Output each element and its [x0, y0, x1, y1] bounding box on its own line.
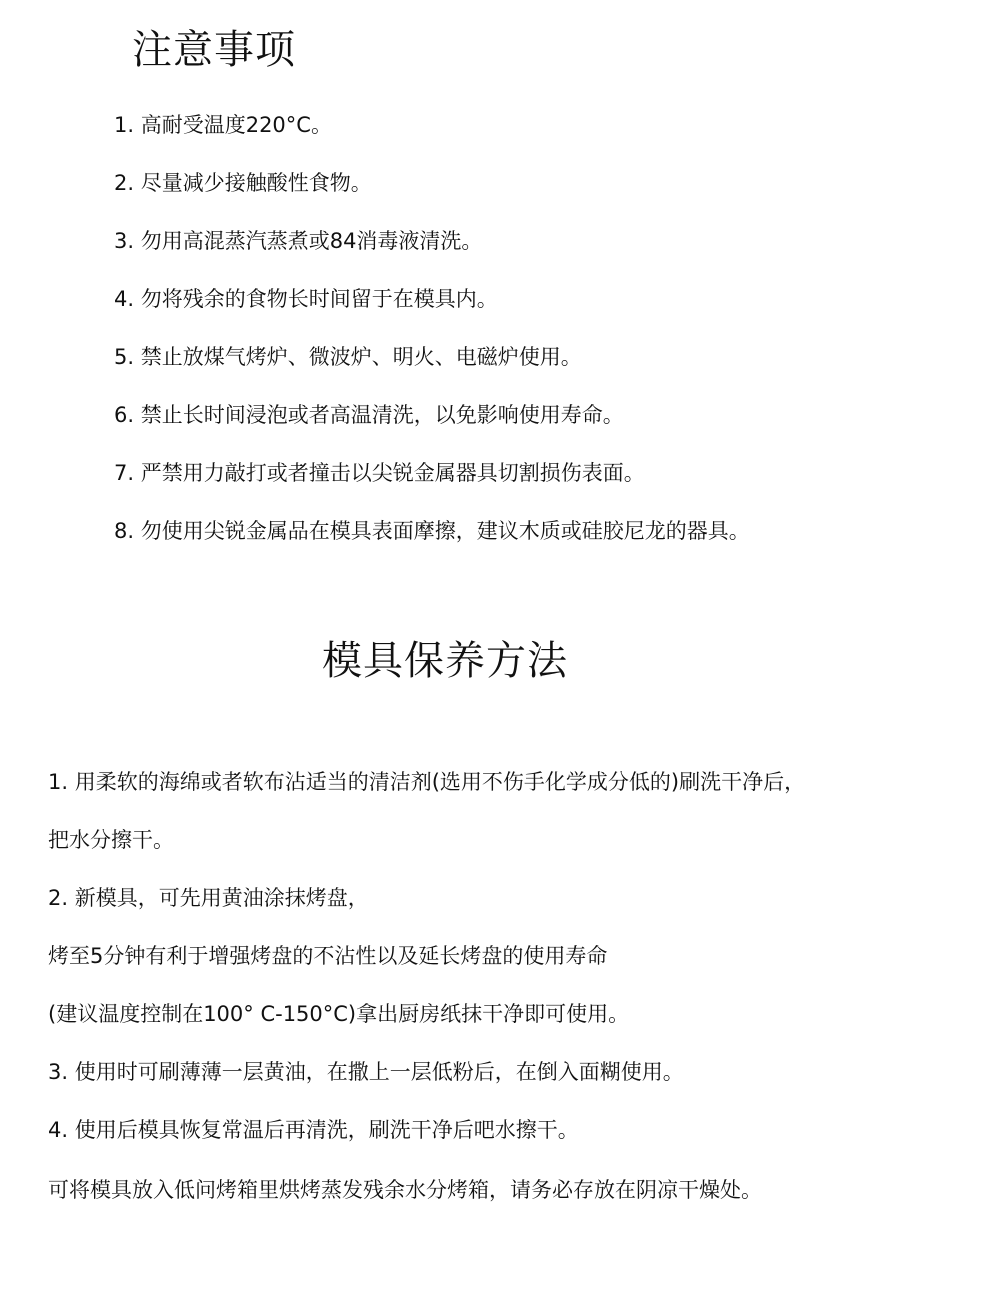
- notice-item: 4. 勿将残余的食物长时间留于在模具内。: [114, 285, 498, 313]
- maintenance-line: 2. 新模具，可先用黄油涂抹烤盘，: [48, 884, 369, 912]
- notice-heading: 注意事项: [132, 26, 296, 74]
- notice-item: 1. 高耐受温度220°C。: [114, 111, 332, 139]
- notice-item: 8. 勿使用尖锐金属品在模具表面摩擦，建议木质或硅胶尼龙的器具。: [114, 517, 750, 545]
- maintenance-line: 烤至5分钟有利于增强烤盘的不沾性以及延长烤盘的使用寿命: [48, 942, 607, 970]
- notice-item: 2. 尽量减少接触酸性食物。: [114, 169, 372, 197]
- maintenance-line: 1. 用柔软的海绵或者软布沾适当的清洁剂(选用不伤手化学成分低的)刷洗干净后，: [48, 768, 805, 796]
- maintenance-line: 把水分擦干。: [48, 826, 174, 854]
- maintenance-line: 可将模具放入低问烤箱里烘烤蒸发残余水分烤箱，请务必存放在阴凉干燥处。: [48, 1176, 762, 1204]
- notice-item: 3. 勿用高混蒸汽蒸煮或84消毒液清洗。: [114, 227, 482, 255]
- maintenance-line: 3. 使用时可刷薄薄一层黄油，在撒上一层低粉后，在倒入面糊使用。: [48, 1058, 684, 1086]
- notice-item: 5. 禁止放煤气烤炉、微波炉、明火、电磁炉使用。: [114, 343, 582, 371]
- notice-item: 6. 禁止长时间浸泡或者高温清洗，以免影响使用寿命。: [114, 401, 624, 429]
- maintenance-line: (建议温度控制在100° C-150°C)拿出厨房纸抹干净即可使用。: [48, 1000, 629, 1028]
- notice-item: 7. 严禁用力敲打或者撞击以尖锐金属器具切割损伤表面。: [114, 459, 645, 487]
- maintenance-line: 4. 使用后模具恢复常温后再清洗，刷洗干净后吧水擦干。: [48, 1116, 579, 1144]
- maintenance-heading: 模具保养方法: [322, 637, 568, 685]
